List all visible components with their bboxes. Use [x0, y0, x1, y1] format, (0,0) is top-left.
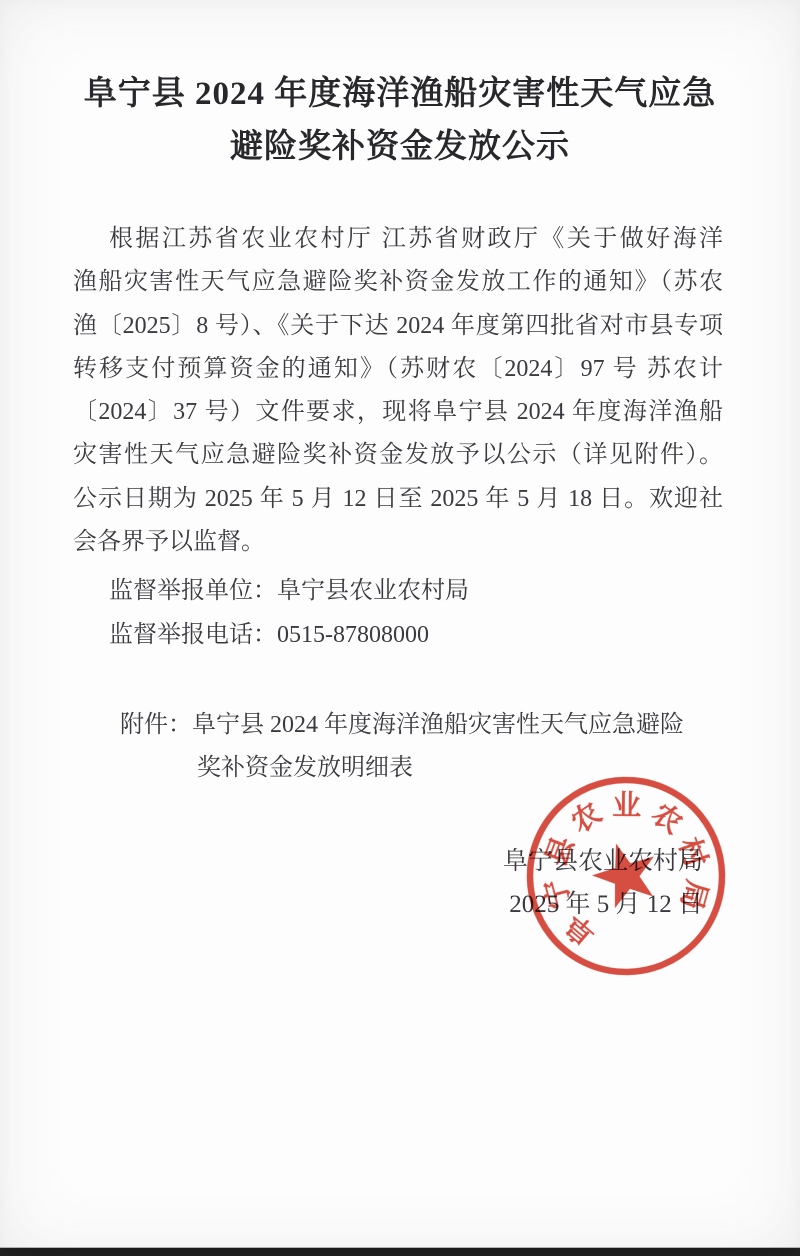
seal-arc-char: 农 — [646, 797, 689, 841]
paragraph-line: 渔船灾害性天气应急避险奖补资金发放工作的通知》（苏农 — [73, 261, 723, 304]
paragraph-line: 转移支付预算资金的通知》（苏财农〔2024〕97 号 苏农计 — [73, 348, 723, 391]
document-page: 阜宁县 2024 年度海洋渔船灾害性天气应急 避险奖补资金发放公示 根据江苏省农… — [0, 0, 800, 1256]
seal-arc-char: 局 — [674, 876, 713, 913]
paragraph-line: 根据江苏省农业农村厅 江苏省财政厅《关于做好海洋 — [73, 218, 723, 261]
paragraph-line: 公示日期为 2025 年 5 月 12 日至 2025 年 5 月 18 日。欢… — [73, 478, 723, 521]
attachment-label: 附件： — [120, 712, 192, 738]
paragraph-line: 会各界予以监督。 — [73, 521, 723, 564]
attachment-line-1: 附件：阜宁县 2024 年度海洋渔船灾害性天气应急避险 — [73, 704, 723, 747]
paragraph-line: 〔2024〕37 号）文件要求，现将阜宁县 2024 年度海洋渔船 — [73, 391, 723, 434]
title-line-1: 阜宁县 2024 年度海洋渔船灾害性天气应急 — [0, 68, 800, 121]
document-title: 阜宁县 2024 年度海洋渔船灾害性天气应急 避险奖补资金发放公示 — [0, 68, 800, 174]
report-phone-label: 监督举报电话： — [109, 622, 277, 648]
seal-arc-char: 业 — [612, 789, 641, 822]
contact-block: 监督举报单位：阜宁县农业农村局 监督举报电话：0515-87808000 — [73, 570, 723, 657]
photo-edge-bar — [0, 1248, 800, 1256]
seal-star-icon — [585, 834, 665, 912]
seal-arc-char: 农 — [565, 796, 608, 840]
report-phone-value: 0515-87808000 — [277, 622, 429, 648]
report-unit-label: 监督举报单位： — [109, 578, 277, 604]
report-phone-line: 监督举报电话：0515-87808000 — [73, 614, 723, 657]
document-body: 根据江苏省农业农村厅 江苏省财政厅《关于做好海洋 渔船灾害性天气应急避险奖补资金… — [73, 218, 723, 791]
seal-arc-char: 村 — [672, 833, 713, 871]
paragraph-line: 渔〔2025〕8 号）、《关于下达 2024 年度第四批省对市县专项 — [73, 305, 723, 348]
seal-arc-char: 宁 — [538, 875, 577, 911]
attachment-text: 阜宁县 2024 年度海洋渔船灾害性天气应急避险 — [192, 712, 684, 738]
seal-arc-char: 县 — [539, 832, 580, 871]
paragraph-line: 灾害性天气应急避险奖补资金发放予以公示（详见附件）。 — [73, 434, 723, 477]
report-unit-line: 监督举报单位：阜宁县农业农村局 — [73, 570, 723, 613]
title-line-2: 避险奖补资金发放公示 — [0, 121, 800, 174]
report-unit-value: 阜宁县农业农村局 — [277, 578, 469, 604]
seal-arc-char: 阜 — [558, 908, 601, 952]
